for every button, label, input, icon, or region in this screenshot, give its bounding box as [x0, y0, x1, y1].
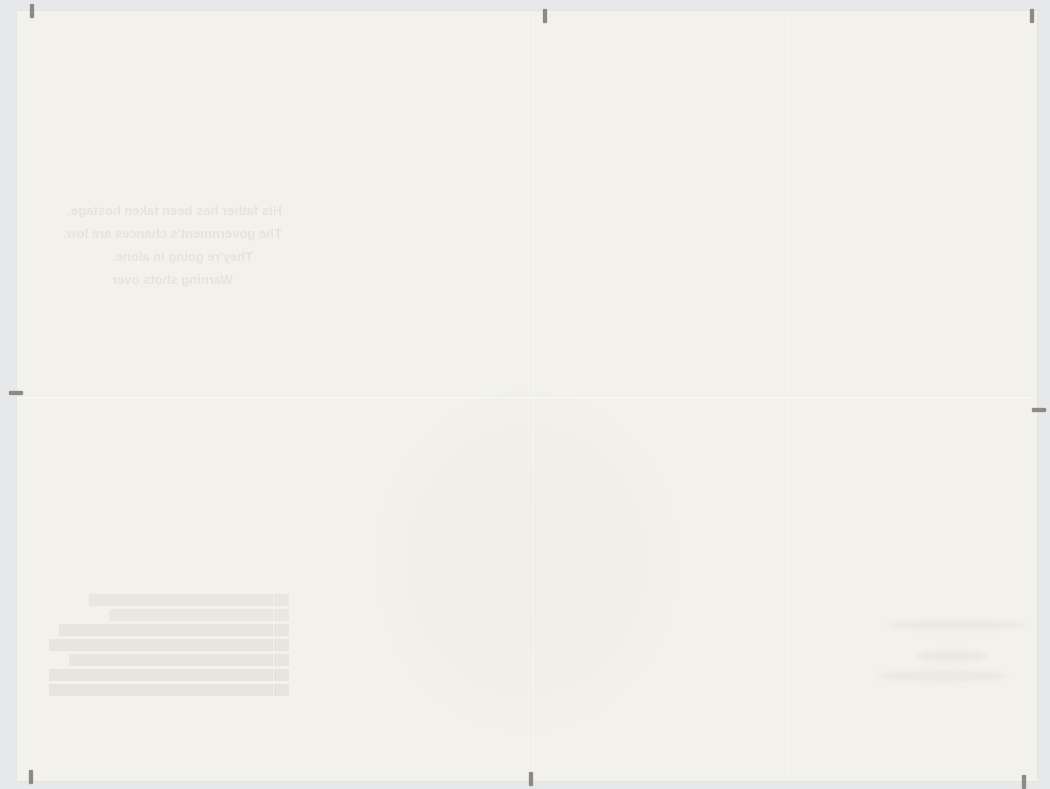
bleed-tagline-line: Warning shots over — [112, 268, 282, 291]
bleed-credits-block — [49, 591, 289, 699]
bleed-credit-line — [69, 654, 289, 666]
pin-icon — [29, 770, 33, 784]
bleed-smudge — [917, 651, 987, 661]
pin-icon — [9, 391, 23, 395]
bleed-credit-line — [49, 669, 289, 681]
fold-line-horizontal — [17, 396, 1037, 399]
pin-icon — [30, 4, 34, 18]
bleed-tagline-line: The government's chances are low. — [112, 222, 282, 245]
bleed-credit-line — [49, 639, 289, 651]
bleed-credit-line — [109, 609, 289, 621]
bleed-tagline-line: His father has been taken hostage. — [112, 199, 282, 222]
pin-icon — [1032, 408, 1046, 412]
bleed-smudge — [887, 621, 1027, 629]
pin-icon — [1030, 9, 1034, 23]
bleed-smudge — [877, 671, 1007, 681]
poster-back: His father has been taken hostage. The g… — [17, 11, 1037, 781]
bleed-tagline-line: They're going in alone. — [112, 245, 282, 268]
bleed-circle-shape — [377, 391, 677, 731]
bleed-credit-line — [89, 594, 289, 606]
bleed-tagline: His father has been taken hostage. The g… — [112, 199, 282, 291]
pin-icon — [529, 772, 533, 786]
bleed-credit-line — [49, 684, 289, 696]
pin-icon — [1022, 775, 1026, 789]
bleed-credit-line — [59, 624, 289, 636]
pin-icon — [543, 9, 547, 23]
